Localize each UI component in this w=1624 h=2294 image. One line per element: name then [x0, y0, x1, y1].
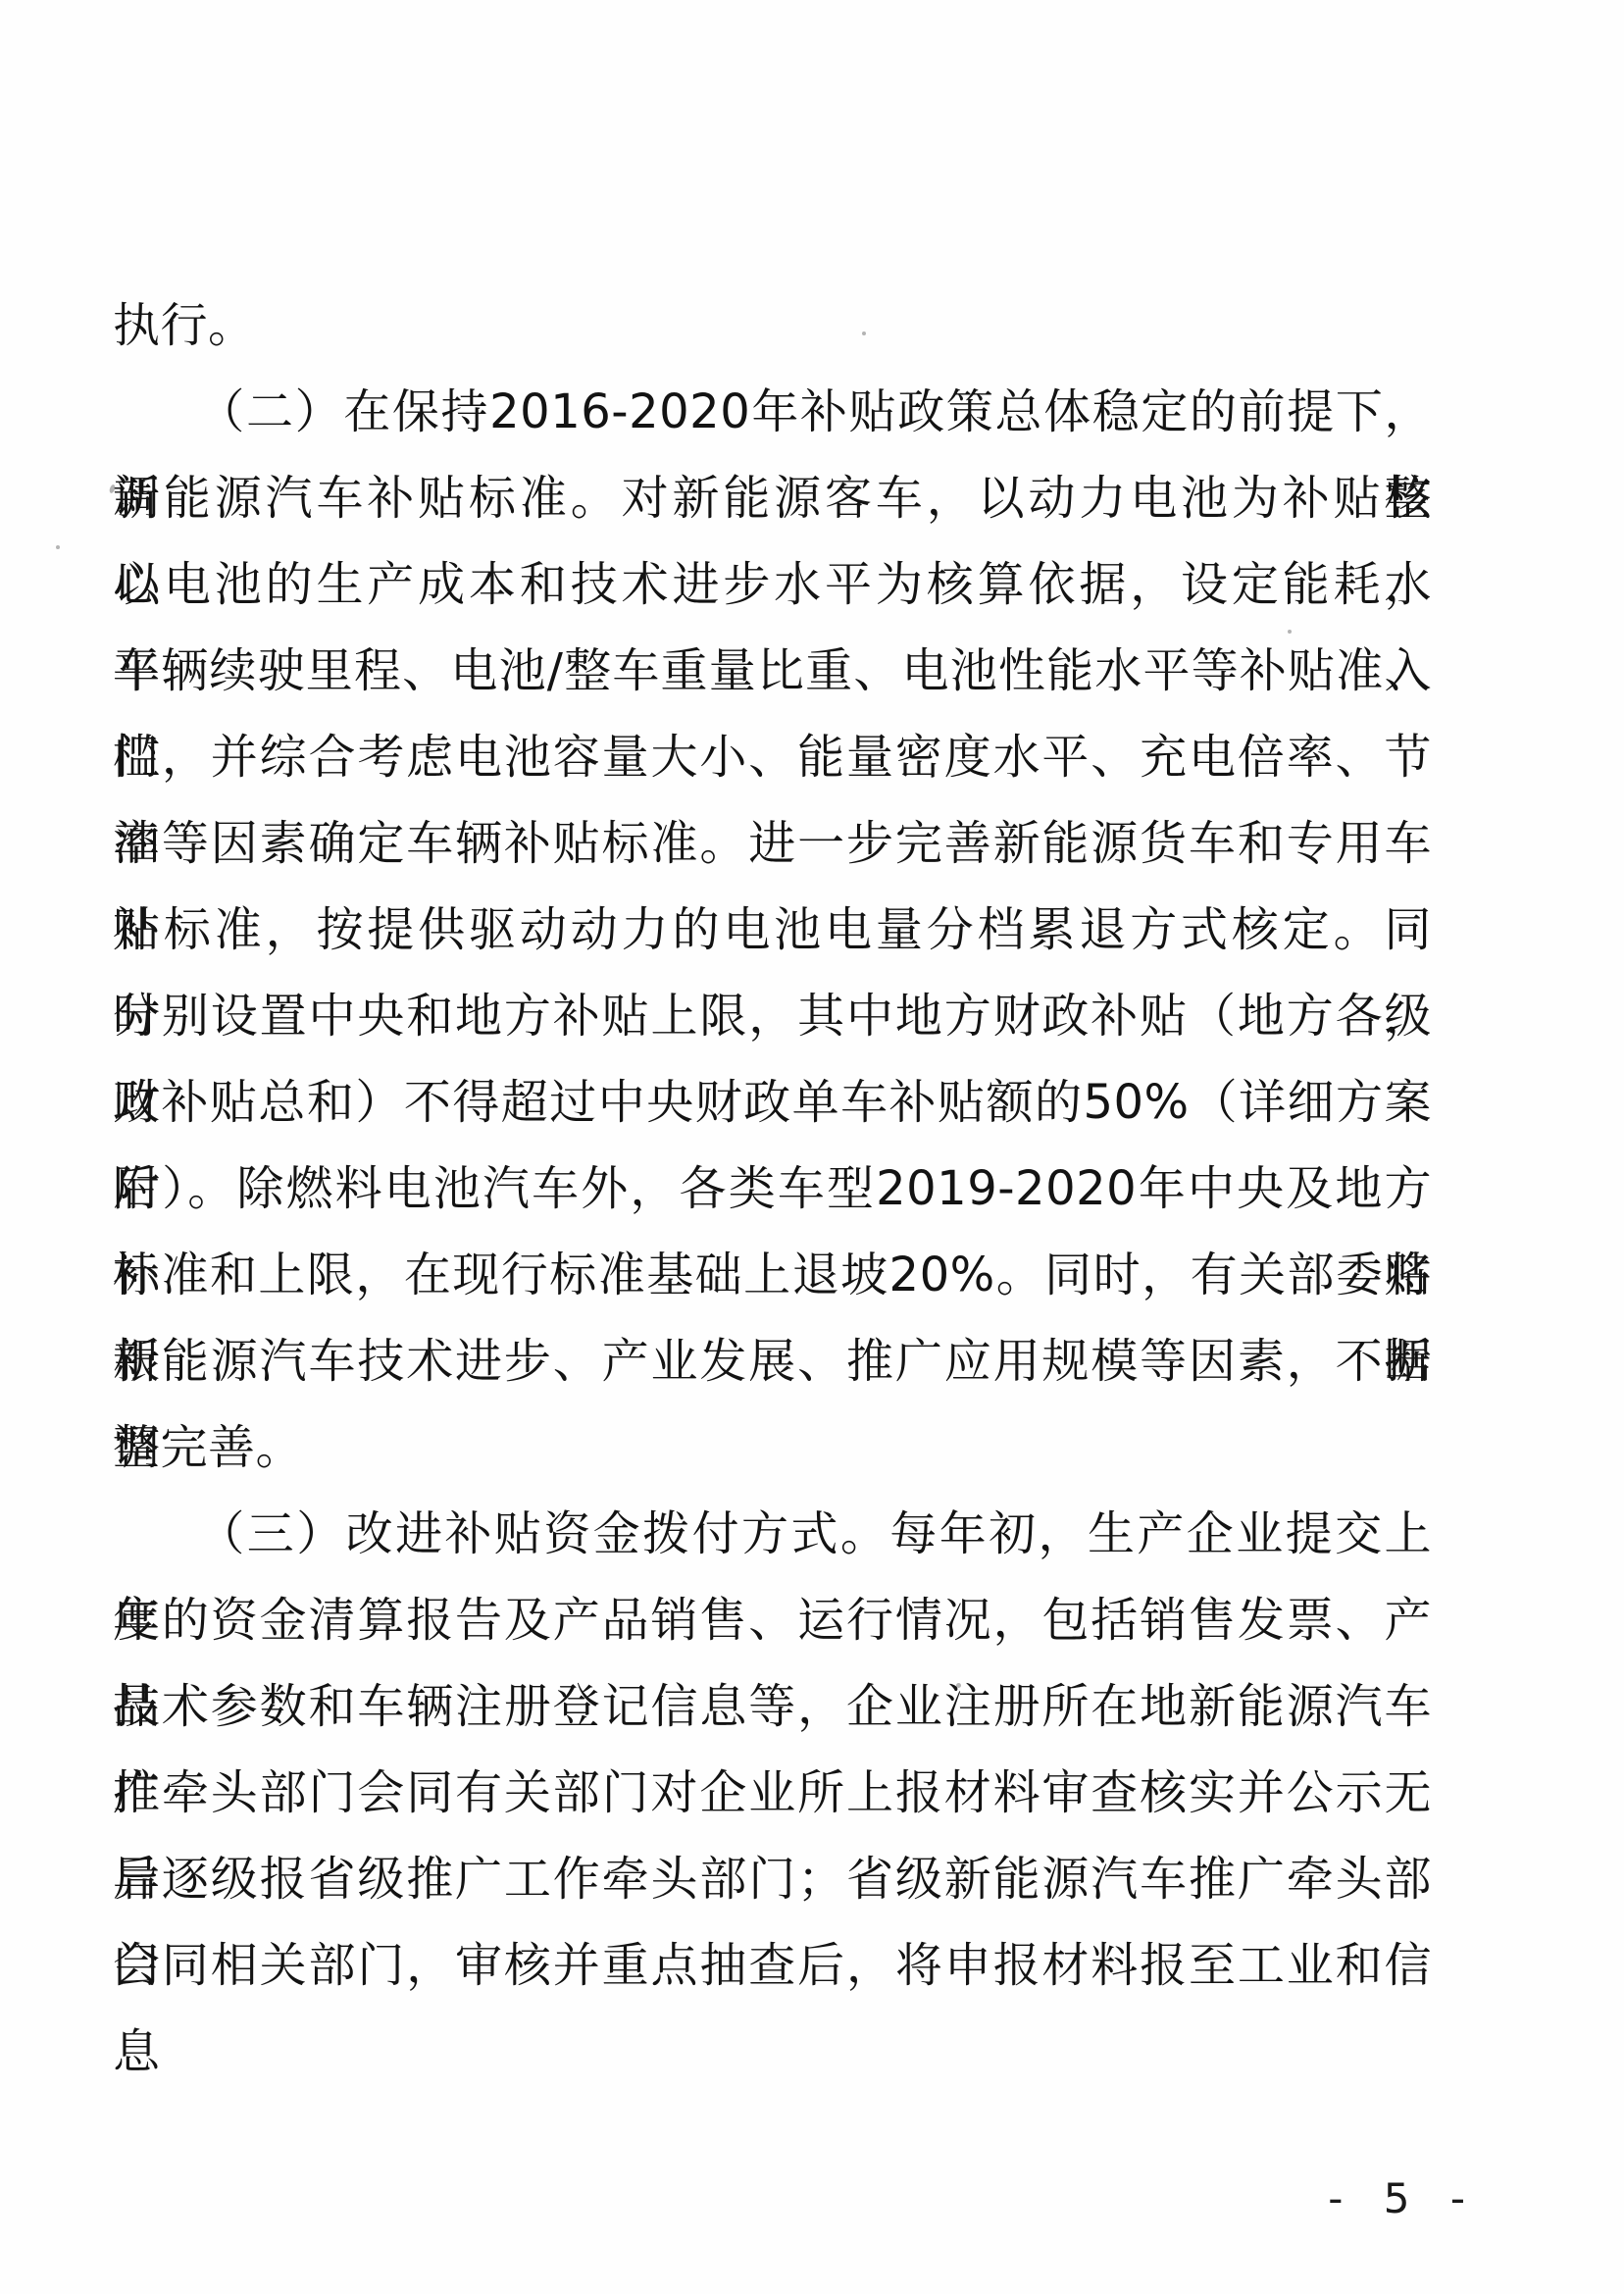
document-page: 执行。（二）在保持2016-2020年补贴政策总体稳定的前提下，调整新能源汽车补… — [0, 0, 1624, 2294]
scan-speck — [862, 331, 866, 335]
text-line: （二）在保持2016-2020年补贴政策总体稳定的前提下，调整 — [113, 369, 1432, 455]
text-line: 执行。 — [113, 282, 1432, 369]
text-line: 度的资金清算报告及产品销售、运行情况，包括销售发票、产品 — [113, 1577, 1432, 1663]
text-line: 广牵头部门会同有关部门对企业所上报材料审查核实并公示无异 — [113, 1750, 1432, 1836]
text-line: 槛，并综合考虑电池容量大小、能量密度水平、充电倍率、节油 — [113, 714, 1432, 800]
text-line: （三）改进补贴资金拨付方式。每年初，生产企业提交上年 — [113, 1491, 1432, 1577]
scan-speck — [956, 1683, 961, 1688]
text-line: 后）。除燃料电池汽车外，各类车型2019-2020年中央及地方补贴 — [113, 1146, 1432, 1232]
text-line: 后逐级报省级推广工作牵头部门；省级新能源汽车推广牵头部门 — [113, 1836, 1432, 1922]
text-line: 新能源汽车技术进步、产业发展、推广应用规模等因素，不断调 — [113, 1318, 1432, 1404]
document-body: 执行。（二）在保持2016-2020年补贴政策总体稳定的前提下，调整新能源汽车补… — [113, 282, 1432, 2009]
text-line: 以电池的生产成本和技术进步水平为核算依据，设定能耗水平、 — [113, 541, 1432, 628]
text-line: 新能源汽车补贴标准。对新能源客车，以动力电池为补贴核心， — [113, 455, 1432, 541]
text-line: 贴标准，按提供驱动动力的电池电量分档累退方式核定。同时， — [113, 887, 1432, 973]
text-line: 技术参数和车辆注册登记信息等，企业注册所在地新能源汽车推 — [113, 1663, 1432, 1750]
text-line: 政补贴总和）不得超过中央财政单车补贴额的50%（详细方案附 — [113, 1059, 1432, 1146]
text-line: 整完善。 — [113, 1404, 1432, 1491]
page-number: - 5 - — [1328, 2169, 1479, 2228]
text-line: 分别设置中央和地方补贴上限，其中地方财政补贴（地方各级财 — [113, 973, 1432, 1059]
text-line: 标准和上限，在现行标准基础上退坡20%。同时，有关部委将根据 — [113, 1232, 1432, 1318]
scan-speck — [1288, 630, 1292, 634]
text-line: 车辆续驶里程、电池/整车重量比重、电池性能水平等补贴准入门 — [113, 628, 1432, 714]
scan-speck — [56, 545, 60, 549]
text-line: 会同相关部门，审核并重点抽查后，将申报材料报至工业和信息 — [113, 1922, 1432, 2009]
text-line: 率等因素确定车辆补贴标准。进一步完善新能源货车和专用车补 — [113, 800, 1432, 887]
